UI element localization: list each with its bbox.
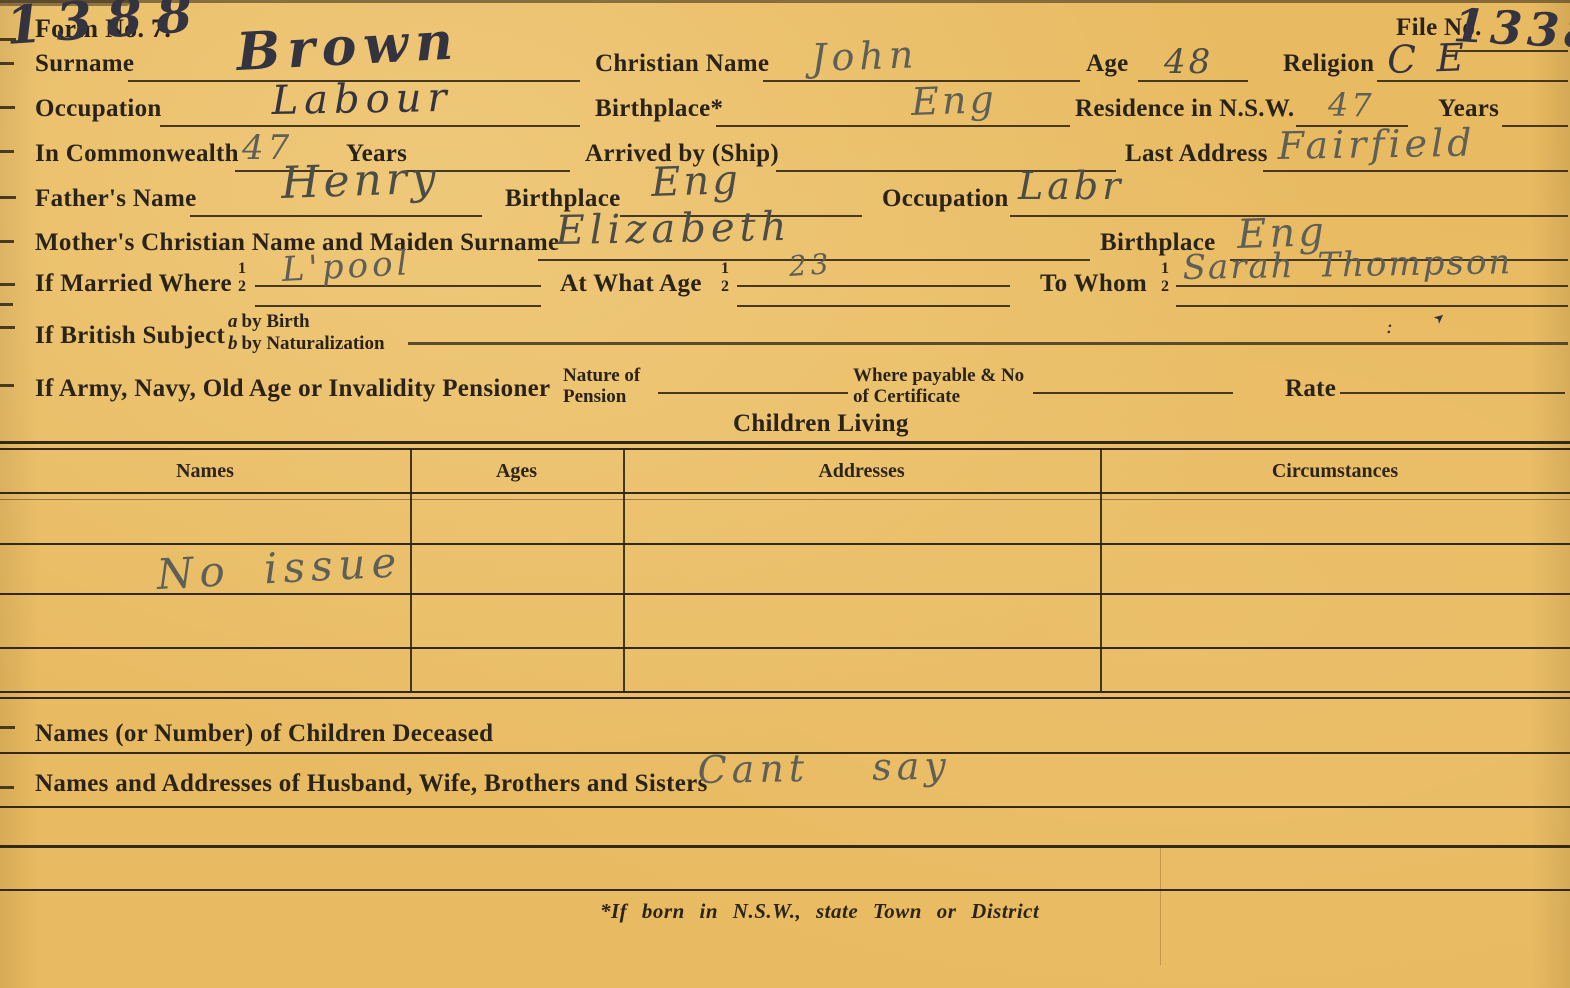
margin-tick <box>0 150 14 153</box>
fathers-name-underline <box>190 215 482 217</box>
to-whom-fraction: 1 2 <box>1161 260 1169 297</box>
table-col-divider-2 <box>623 448 625 691</box>
married-where-fraction: 1 2 <box>238 260 246 297</box>
where-payable-label: Where payable & No of Certificate <box>853 366 1033 407</box>
father-birthplace-value: Eng <box>650 157 741 206</box>
birthplace-value: Eng <box>910 77 997 124</box>
religion-label: Religion <box>1283 50 1374 78</box>
children-living-title: Children Living <box>733 410 909 438</box>
to-whom-line2 <box>1176 305 1568 307</box>
table-top-line-1 <box>0 441 1570 444</box>
ink-mark-colon: : <box>1386 314 1393 338</box>
father-occupation-value: Labr <box>1018 164 1124 208</box>
table-col-divider-3 <box>1100 448 1102 691</box>
table-header-circumstances: Circumstances <box>1100 460 1570 483</box>
option-a-letter: a <box>228 311 238 332</box>
fraction-bottom: 2 <box>238 278 246 296</box>
fathers-name-label: Father's Name <box>35 185 197 213</box>
where-payable-line <box>1033 392 1233 394</box>
occupation-label: Occupation <box>35 95 162 123</box>
table-col-divider-1 <box>410 448 412 691</box>
british-subject-option-a: a by Birth <box>228 312 310 333</box>
at-what-age-fraction: 1 2 <box>721 260 729 297</box>
margin-tick <box>0 62 14 65</box>
file-number-value: 1338 <box>1452 0 1570 60</box>
fathers-name-value: Henry <box>280 152 440 209</box>
relatives-line <box>0 806 1570 808</box>
fraction-bottom: 2 <box>1161 278 1169 296</box>
birthplace-underline <box>716 125 1070 127</box>
british-subject-option-b: b by Naturalization <box>228 334 385 355</box>
table-header-line-faint <box>0 499 1570 500</box>
rate-label: Rate <box>1285 375 1336 403</box>
margin-tick <box>0 240 14 243</box>
last-address-underline <box>1263 170 1568 172</box>
lower-rule-1 <box>0 845 1570 848</box>
residence-nsw-value: 47 <box>1328 86 1375 124</box>
surname-label: Surname <box>35 50 134 78</box>
table-bottom-line-2 <box>0 697 1570 699</box>
table-row-line-3 <box>0 647 1570 649</box>
table-header-names: Names <box>0 460 410 483</box>
scan-fold-line <box>1160 845 1161 965</box>
at-what-age-label: At What Age <box>560 270 702 298</box>
nature-of-pension-line <box>658 392 848 394</box>
age-value: 48 <box>1164 42 1213 82</box>
fraction-top: 1 <box>238 260 246 278</box>
nature-of-pension-label: Nature of Pension <box>563 366 658 407</box>
table-header-ages: Ages <box>410 460 623 483</box>
occupation-value: Labour <box>271 75 453 124</box>
relatives-value: Cant say <box>697 744 951 792</box>
fraction-top: 1 <box>1161 260 1169 278</box>
at-what-age-value: 23 <box>788 247 834 283</box>
margin-tick <box>0 326 15 329</box>
residence-nsw-label: Residence in N.S.W. <box>1075 95 1294 123</box>
table-header-line <box>0 492 1570 494</box>
married-where-value: L'pool <box>281 243 412 290</box>
residence-years-label: Years <box>1438 95 1499 123</box>
option-b-letter: b <box>228 333 238 354</box>
option-a-text: by Birth <box>242 311 310 332</box>
margin-tick <box>0 106 15 109</box>
christian-name-label: Christian Name <box>595 50 769 78</box>
children-table-entry: No issue <box>155 537 403 599</box>
table-top-line-2 <box>0 448 1570 450</box>
surname-value: Brown <box>235 10 461 83</box>
lower-rule-2 <box>0 889 1570 891</box>
married-where-line2 <box>255 305 541 307</box>
margin-tick <box>0 196 16 199</box>
british-subject-line <box>408 342 1568 345</box>
last-address-value: Fairfield <box>1277 121 1476 168</box>
christian-name-value: John <box>810 32 919 80</box>
margin-tick <box>0 283 15 286</box>
ink-mark-arrow: ➤ <box>1430 308 1449 327</box>
married-where-label: If Married Where <box>35 270 232 298</box>
pensioner-label: If Army, Navy, Old Age or Invalidity Pen… <box>35 375 550 403</box>
margin-tick <box>0 786 14 789</box>
residence-years-underline <box>1502 125 1568 127</box>
table-header-addresses: Addresses <box>623 460 1100 483</box>
occupation-underline <box>160 125 580 127</box>
birthplace-label: Birthplace* <box>595 95 723 123</box>
option-b-text: by Naturalization <box>242 333 385 354</box>
fraction-bottom: 2 <box>721 278 729 296</box>
margin-tick <box>0 303 13 306</box>
relatives-label: Names and Addresses of Husband, Wife, Br… <box>35 770 708 798</box>
table-bottom-line-1 <box>0 691 1570 693</box>
to-whom-value: Sarah Thompson <box>1182 242 1512 288</box>
at-what-age-line2 <box>737 305 1010 307</box>
religion-value: C E <box>1386 35 1468 82</box>
pension-form-card: Form No. 7. 1388 File No. 1338 Surname B… <box>0 0 1570 988</box>
margin-tick <box>0 726 15 729</box>
in-commonwealth-label: In Commonwealth <box>35 140 239 168</box>
age-label: Age <box>1086 50 1129 78</box>
to-whom-label: To Whom <box>1040 270 1147 298</box>
form-number-handwritten: 1388 <box>4 0 209 57</box>
footnote: *If born in N.S.W., state Town or Distri… <box>600 899 1039 924</box>
children-deceased-label: Names (or Number) of Children Deceased <box>35 720 493 748</box>
mothers-name-value: Elizabeth <box>555 204 792 254</box>
scan-top-edge <box>0 0 1570 3</box>
at-what-age-line1 <box>737 285 1010 287</box>
table-row-line-1 <box>0 543 1570 545</box>
last-address-label: Last Address <box>1125 140 1268 168</box>
father-occupation-label: Occupation <box>882 185 1009 213</box>
fraction-top: 1 <box>721 260 729 278</box>
margin-tick <box>0 384 14 387</box>
british-subject-label: If British Subject <box>35 322 225 350</box>
rate-line <box>1340 392 1565 394</box>
